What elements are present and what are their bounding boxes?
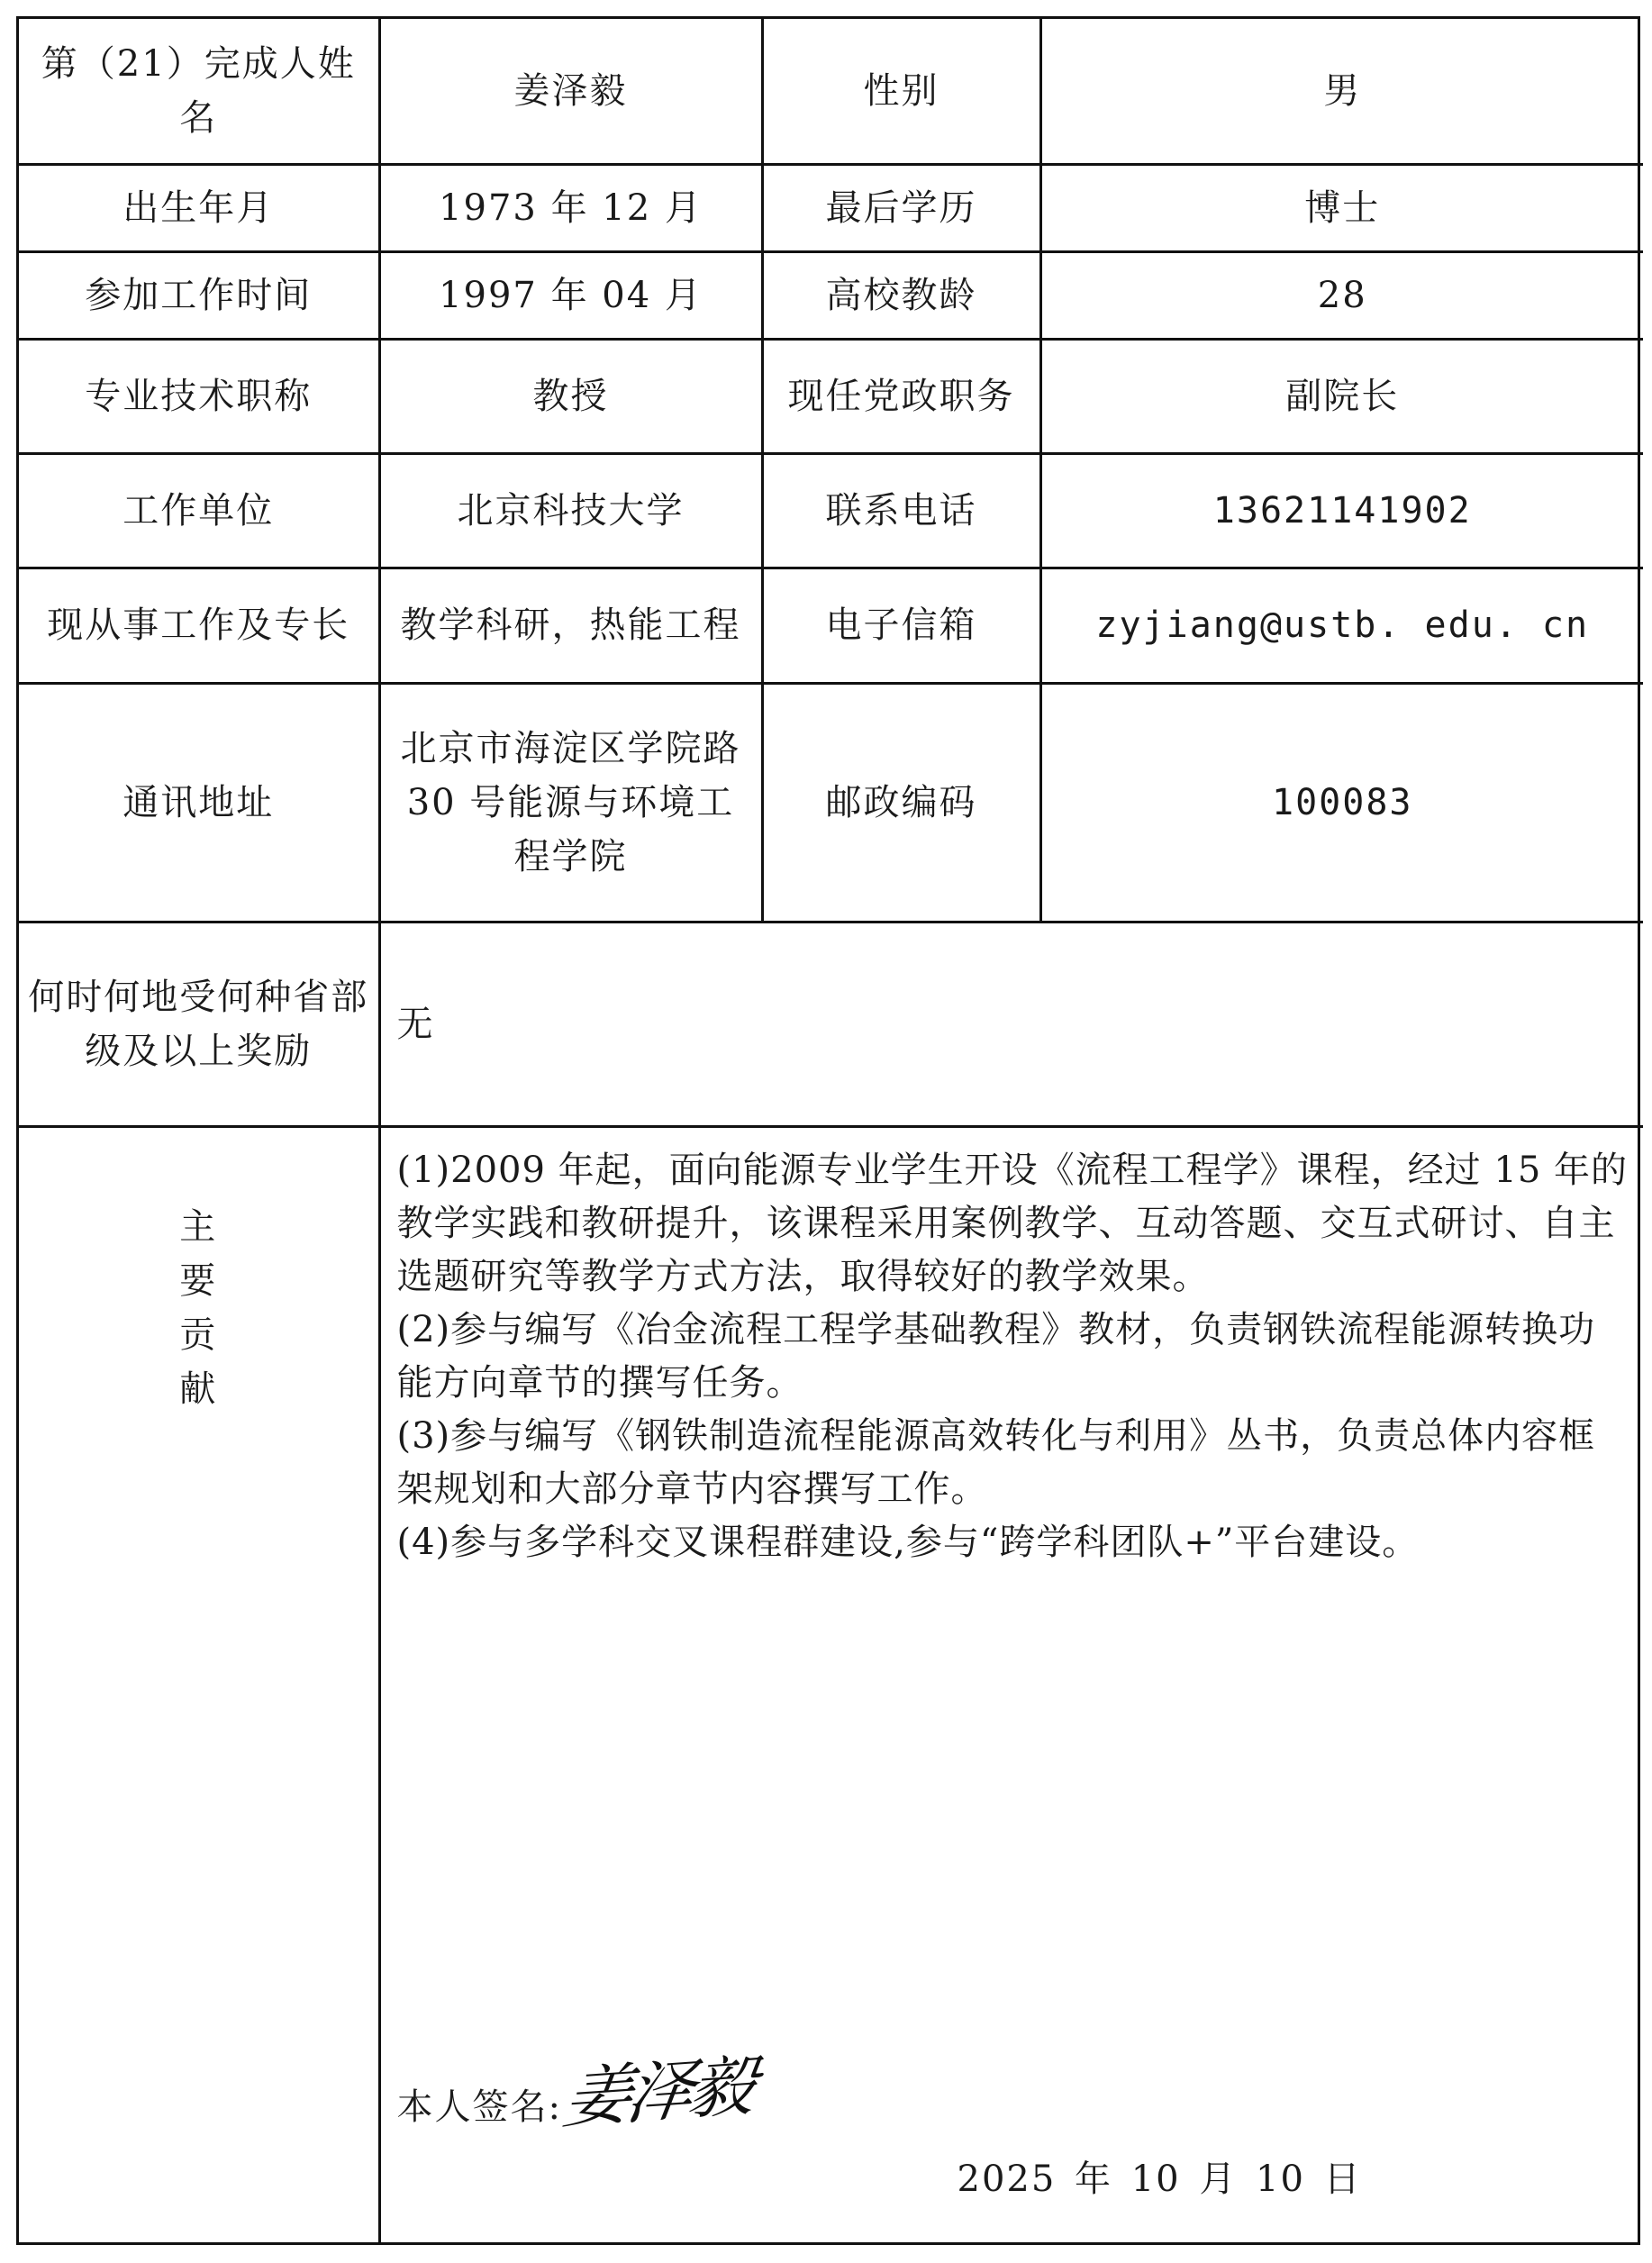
contribution-item: (1)2009 年起，面向能源专业学生开设《流程工程学》课程，经过 15 年的教… xyxy=(397,1144,1629,1304)
label-phone: 联系电话 xyxy=(762,453,1040,568)
label-postcode: 邮政编码 xyxy=(762,683,1040,922)
contribution-item: (2)参与编写《冶金流程工程学基础教程》教材，负责钢铁流程能源转换功能方向章节的… xyxy=(397,1304,1629,1410)
row-title: 专业技术职称 教授 现任党政职务 副院长 xyxy=(19,339,1643,453)
value-email: zyjiang@ustb. edu. cn xyxy=(1040,568,1643,683)
handwritten-signature: 姜泽毅 xyxy=(559,2050,756,2135)
row-specialty: 现从事工作及专长 教学科研，热能工程 电子信箱 zyjiang@ustb. ed… xyxy=(19,568,1643,683)
value-birth-date: 1973 年 12 月 xyxy=(379,164,762,251)
value-work-start: 1997 年 04 月 xyxy=(379,251,762,339)
value-admin-position: 副院长 xyxy=(1040,339,1643,453)
label-work-start: 参加工作时间 xyxy=(19,251,379,339)
completer-info-table: 第（21）完成人姓名 姜泽毅 性别 男 出生年月 1973 年 12 月 最后学… xyxy=(19,19,1643,2242)
label-char: 贡 xyxy=(28,1308,369,1362)
label-teaching-years: 高校教龄 xyxy=(762,251,1040,339)
row-name: 第（21）完成人姓名 姜泽毅 性别 男 xyxy=(19,19,1643,164)
label-address: 通讯地址 xyxy=(19,683,379,922)
row-employer: 工作单位 北京科技大学 联系电话 13621141902 xyxy=(19,453,1643,568)
value-professional-title: 教授 xyxy=(379,339,762,453)
label-employer: 工作单位 xyxy=(19,453,379,568)
row-contributions: 主 要 贡 献 (1)2009 年起，面向能源专业学生开设《流程工程学》课程，经… xyxy=(19,1126,1643,2242)
contributions-content: (1)2009 年起，面向能源专业学生开设《流程工程学》课程，经过 15 年的教… xyxy=(379,1126,1643,2242)
label-email: 电子信箱 xyxy=(762,568,1040,683)
contribution-item: (4)参与多学科交叉课程群建设,参与“跨学科团队+”平台建设。 xyxy=(397,1516,1629,1569)
value-specialty: 教学科研，热能工程 xyxy=(379,568,762,683)
value-completer-name: 姜泽毅 xyxy=(379,19,762,164)
label-education: 最后学历 xyxy=(762,164,1040,251)
signature-date: 2025 年 10 月 10 日 xyxy=(958,2152,1362,2206)
value-employer: 北京科技大学 xyxy=(379,453,762,568)
value-teaching-years: 28 xyxy=(1040,251,1643,339)
value-phone: 13621141902 xyxy=(1040,453,1643,568)
value-address: 北京市海淀区学院路 30 号能源与环境工程学院 xyxy=(379,683,762,922)
label-awards: 何时何地受何种省部级及以上奖励 xyxy=(19,922,379,1126)
label-gender: 性别 xyxy=(762,19,1040,164)
signature-block: 本人签名: 姜泽毅 xyxy=(397,2057,749,2134)
row-awards: 何时何地受何种省部级及以上奖励 无 xyxy=(19,922,1643,1126)
label-admin-position: 现任党政职务 xyxy=(762,339,1040,453)
label-specialty: 现从事工作及专长 xyxy=(19,568,379,683)
nomination-form-sheet: 第（21）完成人姓名 姜泽毅 性别 男 出生年月 1973 年 12 月 最后学… xyxy=(16,16,1640,2245)
contribution-item: (3)参与编写《钢铁制造流程能源高效转化与利用》丛书，负责总体内容框架规划和大部… xyxy=(397,1410,1629,1516)
label-main-contributions: 主 要 贡 献 xyxy=(19,1126,379,2242)
label-birth-date: 出生年月 xyxy=(19,164,379,251)
label-professional-title: 专业技术职称 xyxy=(19,339,379,453)
row-address: 通讯地址 北京市海淀区学院路 30 号能源与环境工程学院 邮政编码 100083 xyxy=(19,683,1643,922)
row-work-start: 参加工作时间 1997 年 04 月 高校教龄 28 xyxy=(19,251,1643,339)
value-postcode: 100083 xyxy=(1040,683,1643,922)
signature-label: 本人签名: xyxy=(397,2080,562,2134)
row-birth: 出生年月 1973 年 12 月 最后学历 博士 xyxy=(19,164,1643,251)
label-completer-name: 第（21）完成人姓名 xyxy=(19,19,379,164)
label-char: 主 xyxy=(28,1200,369,1254)
label-char: 献 xyxy=(28,1362,369,1416)
value-gender: 男 xyxy=(1040,19,1643,164)
label-char: 要 xyxy=(28,1254,369,1308)
value-awards: 无 xyxy=(379,922,1643,1126)
value-education: 博士 xyxy=(1040,164,1643,251)
